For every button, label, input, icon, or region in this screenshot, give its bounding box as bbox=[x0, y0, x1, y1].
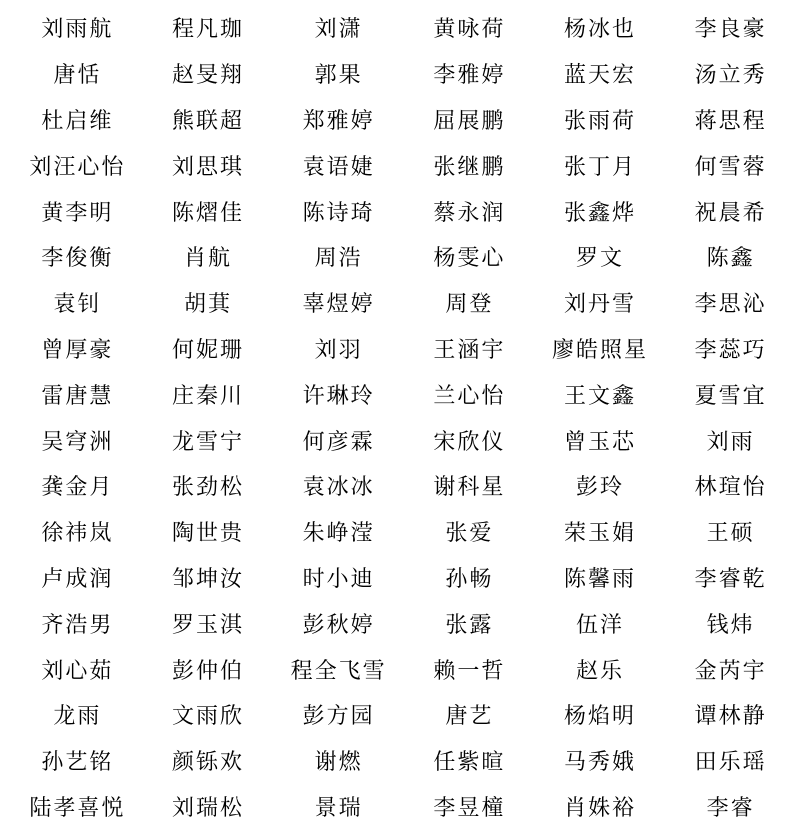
name-cell: 谭林静 bbox=[665, 692, 796, 738]
name-cell: 胡萁 bbox=[143, 280, 274, 326]
name-cell: 张露 bbox=[404, 600, 535, 646]
name-cell: 罗玉淇 bbox=[143, 600, 274, 646]
name-cell: 张爱 bbox=[404, 509, 535, 555]
name-cell: 张鑫烨 bbox=[535, 188, 666, 234]
name-cell: 黄李明 bbox=[12, 188, 143, 234]
name-cell: 许琳玲 bbox=[273, 371, 404, 417]
name-grid: 刘雨航程凡珈刘潇黄咏荷杨冰也李良豪唐恬赵旻翔郭果李雅婷蓝天宏汤立秀杜启维熊联超郑… bbox=[0, 0, 804, 830]
name-cell: 屈展鹏 bbox=[404, 97, 535, 143]
name-cell: 张丁月 bbox=[535, 142, 666, 188]
name-cell: 汤立秀 bbox=[665, 51, 796, 97]
name-cell: 王硕 bbox=[665, 509, 796, 555]
name-cell: 彭秋婷 bbox=[273, 600, 404, 646]
name-cell: 肖航 bbox=[143, 234, 274, 280]
name-cell: 周登 bbox=[404, 280, 535, 326]
name-cell: 陈诗琦 bbox=[273, 188, 404, 234]
name-cell: 李俊衡 bbox=[12, 234, 143, 280]
name-cell: 黄咏荷 bbox=[404, 5, 535, 51]
name-cell: 李睿乾 bbox=[665, 555, 796, 601]
name-cell: 程凡珈 bbox=[143, 5, 274, 51]
name-cell: 宋欣仪 bbox=[404, 417, 535, 463]
name-cell: 齐浩男 bbox=[12, 600, 143, 646]
name-cell: 景瑞 bbox=[273, 784, 404, 830]
name-cell: 陈熠佳 bbox=[143, 188, 274, 234]
name-cell: 谢科星 bbox=[404, 463, 535, 509]
name-cell: 彭仲伯 bbox=[143, 646, 274, 692]
name-cell: 何彦霖 bbox=[273, 417, 404, 463]
name-cell: 兰心怡 bbox=[404, 371, 535, 417]
name-cell: 熊联超 bbox=[143, 97, 274, 143]
name-cell: 廖皓照星 bbox=[535, 326, 666, 372]
name-cell: 张继鹏 bbox=[404, 142, 535, 188]
name-cell: 何妮珊 bbox=[143, 326, 274, 372]
name-cell: 刘汪心怡 bbox=[12, 142, 143, 188]
name-cell: 刘心茹 bbox=[12, 646, 143, 692]
name-cell: 文雨欣 bbox=[143, 692, 274, 738]
name-cell: 金芮宇 bbox=[665, 646, 796, 692]
name-cell: 时小迪 bbox=[273, 555, 404, 601]
name-cell: 刘瑞松 bbox=[143, 784, 274, 830]
name-cell: 王涵宇 bbox=[404, 326, 535, 372]
name-cell: 钱炜 bbox=[665, 600, 796, 646]
name-cell: 陈鑫 bbox=[665, 234, 796, 280]
name-cell: 伍洋 bbox=[535, 600, 666, 646]
name-cell: 肖姝裕 bbox=[535, 784, 666, 830]
name-cell: 刘雨航 bbox=[12, 5, 143, 51]
name-cell: 陆孝喜悦 bbox=[12, 784, 143, 830]
name-cell: 颜铄欢 bbox=[143, 738, 274, 784]
name-cell: 李雅婷 bbox=[404, 51, 535, 97]
name-cell: 朱峥滢 bbox=[273, 509, 404, 555]
name-cell: 夏雪宜 bbox=[665, 371, 796, 417]
name-cell: 龙雪宁 bbox=[143, 417, 274, 463]
name-cell: 孙畅 bbox=[404, 555, 535, 601]
name-cell: 郑雅婷 bbox=[273, 97, 404, 143]
name-cell: 袁冰冰 bbox=[273, 463, 404, 509]
name-cell: 林瑄怡 bbox=[665, 463, 796, 509]
name-cell: 陈馨雨 bbox=[535, 555, 666, 601]
name-cell: 辜煜婷 bbox=[273, 280, 404, 326]
name-cell: 杨雯心 bbox=[404, 234, 535, 280]
name-cell: 刘雨 bbox=[665, 417, 796, 463]
name-cell: 徐祎岚 bbox=[12, 509, 143, 555]
name-cell: 李蕊巧 bbox=[665, 326, 796, 372]
name-cell: 唐恬 bbox=[12, 51, 143, 97]
name-cell: 赵乐 bbox=[535, 646, 666, 692]
name-cell: 曾玉芯 bbox=[535, 417, 666, 463]
name-cell: 李良豪 bbox=[665, 5, 796, 51]
name-cell: 张雨荷 bbox=[535, 97, 666, 143]
name-cell: 龙雨 bbox=[12, 692, 143, 738]
name-cell: 谢燃 bbox=[273, 738, 404, 784]
name-cell: 彭方园 bbox=[273, 692, 404, 738]
name-cell: 刘潇 bbox=[273, 5, 404, 51]
name-cell: 王文鑫 bbox=[535, 371, 666, 417]
name-cell: 彭玲 bbox=[535, 463, 666, 509]
name-cell: 郭果 bbox=[273, 51, 404, 97]
name-cell: 吴穹洲 bbox=[12, 417, 143, 463]
name-cell: 李睿 bbox=[665, 784, 796, 830]
name-cell: 李思沁 bbox=[665, 280, 796, 326]
name-cell: 庄秦川 bbox=[143, 371, 274, 417]
name-cell: 袁钊 bbox=[12, 280, 143, 326]
name-cell: 曾厚豪 bbox=[12, 326, 143, 372]
name-cell: 罗文 bbox=[535, 234, 666, 280]
name-cell: 蓝天宏 bbox=[535, 51, 666, 97]
name-cell: 蒋思程 bbox=[665, 97, 796, 143]
name-cell: 杜启维 bbox=[12, 97, 143, 143]
name-cell: 蔡永润 bbox=[404, 188, 535, 234]
name-cell: 刘思琪 bbox=[143, 142, 274, 188]
name-cell: 刘丹雪 bbox=[535, 280, 666, 326]
name-cell: 荣玉娟 bbox=[535, 509, 666, 555]
name-cell: 唐艺 bbox=[404, 692, 535, 738]
name-cell: 赵旻翔 bbox=[143, 51, 274, 97]
name-cell: 卢成润 bbox=[12, 555, 143, 601]
name-cell: 周浩 bbox=[273, 234, 404, 280]
name-cell: 任紫暄 bbox=[404, 738, 535, 784]
name-cell: 杨焰明 bbox=[535, 692, 666, 738]
name-cell: 张劲松 bbox=[143, 463, 274, 509]
name-cell: 邹坤汝 bbox=[143, 555, 274, 601]
name-cell: 龚金月 bbox=[12, 463, 143, 509]
name-cell: 李昱橦 bbox=[404, 784, 535, 830]
name-cell: 程全飞雪 bbox=[273, 646, 404, 692]
name-cell: 陶世贵 bbox=[143, 509, 274, 555]
name-cell: 何雪蓉 bbox=[665, 142, 796, 188]
name-cell: 赖一哲 bbox=[404, 646, 535, 692]
name-cell: 袁语婕 bbox=[273, 142, 404, 188]
name-cell: 孙艺铭 bbox=[12, 738, 143, 784]
name-cell: 田乐瑶 bbox=[665, 738, 796, 784]
name-cell: 祝晨希 bbox=[665, 188, 796, 234]
name-cell: 刘羽 bbox=[273, 326, 404, 372]
name-cell: 雷唐慧 bbox=[12, 371, 143, 417]
name-cell: 杨冰也 bbox=[535, 5, 666, 51]
name-cell: 马秀娥 bbox=[535, 738, 666, 784]
